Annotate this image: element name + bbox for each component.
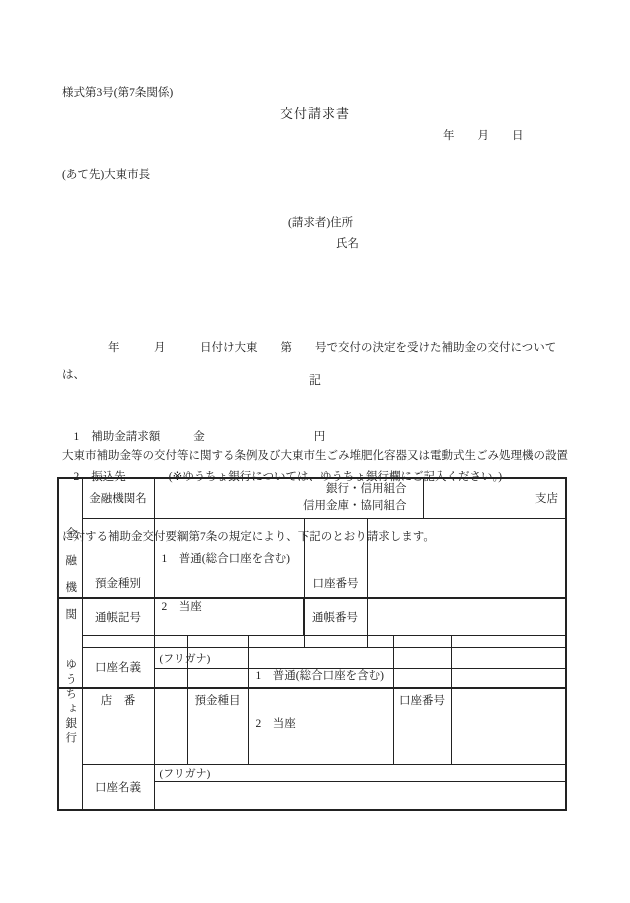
yucho-account-holder-field [154, 781, 566, 810]
requester-name-label: 氏名 [336, 235, 359, 251]
currency-suffix: 円 [314, 431, 326, 443]
deposit-option-1: 1 普通(総合口座を含む) [162, 551, 304, 567]
passbook-number-label: 通帳番号 [303, 598, 367, 635]
notice-heading: 記 [0, 371, 630, 388]
yucho-section-header-label: ゆうちょ銀行 [59, 658, 81, 746]
yucho-furigana-label: (フリガナ) [154, 764, 566, 781]
passbook-symbol-label: 通帳記号 [82, 598, 154, 635]
yucho-deposit-item-label: 預金種目 [187, 635, 248, 764]
yucho-section-table: ゆうちょ銀行 通帳記号 通帳番号 店 番 預金種目 1 普通(総合口座を含む) … [57, 597, 567, 811]
requester-address-label: (請求者)住所 [288, 214, 353, 230]
passbook-number-field [367, 598, 566, 635]
item1-label: 補助金請求額 [91, 431, 160, 443]
institution-name-field: 銀行・信用組合 信用金庫・協同組合 [154, 478, 423, 518]
institution-type-line-2: 信用金庫・協同組合 [155, 498, 407, 515]
yucho-deposit-option-2: 2 当座 [256, 716, 393, 732]
institution-type-line-1: 銀行・信用組合 [155, 481, 407, 498]
item1-number: 1 [74, 431, 80, 443]
form-page: 様式第3号(第7条関係) 交付請求書 年 月 日 (あて先)大東市長 (請求者)… [0, 0, 630, 903]
item-request-amount: 1補助金請求額金円 [62, 416, 325, 456]
currency-prefix: 金 [193, 431, 205, 443]
page-title: 交付請求書 [0, 103, 630, 122]
passbook-symbol-field [154, 598, 303, 635]
yucho-account-holder-label: 口座名義 [82, 764, 154, 810]
institution-name-label: 金融機関名 [82, 478, 154, 518]
yucho-account-number-label: 口座番号 [393, 635, 451, 764]
yucho-section-header: ゆうちょ銀行 [58, 598, 82, 810]
yucho-deposit-options: 1 普通(総合口座を含む) 2 当座 [248, 635, 393, 764]
addressee: (あて先)大東市長 [62, 166, 150, 182]
branch-name-field: 支店 [423, 478, 566, 518]
date-line: 年 月 日 [443, 127, 524, 143]
yucho-deposit-option-1: 1 普通(総合口座を含む) [256, 668, 393, 684]
form-number: 様式第3号(第7条関係) [62, 84, 173, 100]
branch-number-label: 店 番 [82, 635, 154, 764]
branch-number-field [154, 635, 187, 764]
yucho-account-number-field [451, 635, 566, 764]
